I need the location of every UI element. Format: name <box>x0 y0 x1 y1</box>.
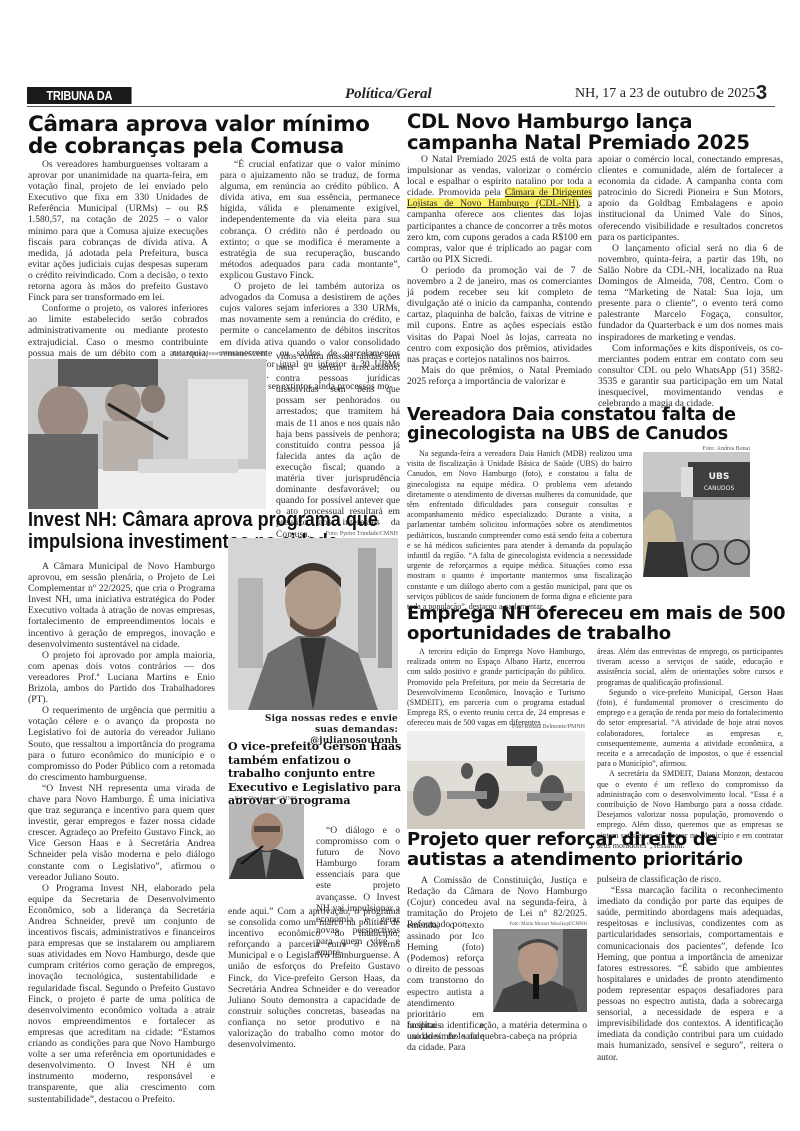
header-rule <box>27 106 775 107</box>
juliano-souto-photo <box>228 538 398 710</box>
autistas-col1-bottom: facilitar a identificação, a matéria det… <box>407 1020 587 1042</box>
dateline: NH, 17 a 23 de outubro de 2025. <box>575 86 759 102</box>
paragraph: A terceira edição do Emprega Novo Hambur… <box>407 647 585 729</box>
headline-cdl: CDL Novo Hamburgo lança campanha Natal P… <box>407 111 787 153</box>
paragraph: O Natal Premiado 2025 está de volta para… <box>407 154 592 265</box>
paragraph: “O Invest NH representa uma virada de ch… <box>28 783 215 883</box>
headline-comusa: Câmara aprova valor mínimo de cobranças … <box>28 114 398 158</box>
paragraph: O Programa Invest NH, elaborado pela equ… <box>28 883 215 1105</box>
cdl-col2: apoiar o comércio local, conectando empr… <box>598 154 783 409</box>
headline-autistas: Projeto quer reforçar direito de autista… <box>407 830 792 870</box>
ico-heming-photo <box>493 929 587 1012</box>
paragraph: O projeto foi aprovado por ampla maioria… <box>28 650 215 705</box>
page-number: 3 <box>756 82 767 105</box>
invest-col1: A Câmara Municipal de Novo Hamburgo apro… <box>28 561 215 1105</box>
photo-credit: Foto: Mario Mozart Missikopf/CMNH <box>488 922 587 927</box>
headline-ubs: Vereadora Daia constatou falta de gineco… <box>407 406 787 445</box>
paragraph: O lançamento oficial será no dia 6 de no… <box>598 243 783 343</box>
haas-body: ende aqui.” Com a aprovação, o programa … <box>228 906 400 1050</box>
paragraph: Os vereadores hamburguenses voltaram a a… <box>28 159 208 303</box>
paragraph: Com informações e kits disponíveis, os c… <box>598 343 783 410</box>
section-label: Política/Geral <box>345 86 432 103</box>
paragraph: A Câmara Municipal de Novo Hamburgo apro… <box>28 561 215 650</box>
photo-credit: Foto: Pyetro Trindade/CMNH <box>228 531 398 537</box>
paragraph: Segundo o vice-prefeito Municipal, Gerso… <box>597 688 783 770</box>
svg-text:CANUDOS: CANUDOS <box>704 485 735 492</box>
masthead-logo: TRIBUNA DA CIDADE <box>27 87 132 104</box>
ubs-sign-text: UBS <box>709 472 730 482</box>
gerson-haas-photo <box>229 804 304 879</box>
autistas-col2: pulseira de classificação de risco. “Ess… <box>597 875 783 1064</box>
paragraph: Na segunda-feira a vereadora Daia Hanich… <box>407 449 632 612</box>
council-session-photo <box>28 359 266 509</box>
paragraph: O requerimento de urgência que permitiu … <box>28 705 215 783</box>
emprega-col1: A terceira edição do Emprega Novo Hambur… <box>407 647 585 729</box>
paragraph: pulseira de classificação de risco. <box>597 875 783 886</box>
job-fair-photo <box>407 731 585 829</box>
paragraph: áreas. Além das entrevistas de emprego, … <box>597 647 783 688</box>
paragraph: “É crucial enfatizar que o valor mínimo … <box>220 159 400 281</box>
paragraph: “Essa marcação facilita o reconhecimento… <box>597 886 783 1064</box>
headline-emprega: Emprega NH ofereceu em mais de 500 oport… <box>407 604 787 644</box>
photo-credit: Foto: Mario Mozart Missikopf/CMNH <box>28 351 266 357</box>
paragraph: Mais do que prêmios, o Natal Premiado 20… <box>407 365 592 387</box>
photo-credit: Foto: Divulgação/CMNH <box>228 796 303 802</box>
ubs-canudos-photo: UBS CANUDOS <box>643 452 750 577</box>
cdl-col1: O Natal Premiado 2025 está de volta para… <box>407 154 592 387</box>
photo-credit: Foto Renata Belmonte/PMNH <box>407 724 585 730</box>
paragraph: O período da promoção vai de 7 de novemb… <box>407 265 592 365</box>
paragraph: apoiar o comércio local, conectando empr… <box>598 154 783 243</box>
ubs-body: Na segunda-feira a vereadora Daia Hanich… <box>407 449 632 612</box>
comusa-col1: Os vereadores hamburguenses voltaram a a… <box>28 159 208 381</box>
emprega-col2: áreas. Além das entrevistas de emprego, … <box>597 647 783 851</box>
